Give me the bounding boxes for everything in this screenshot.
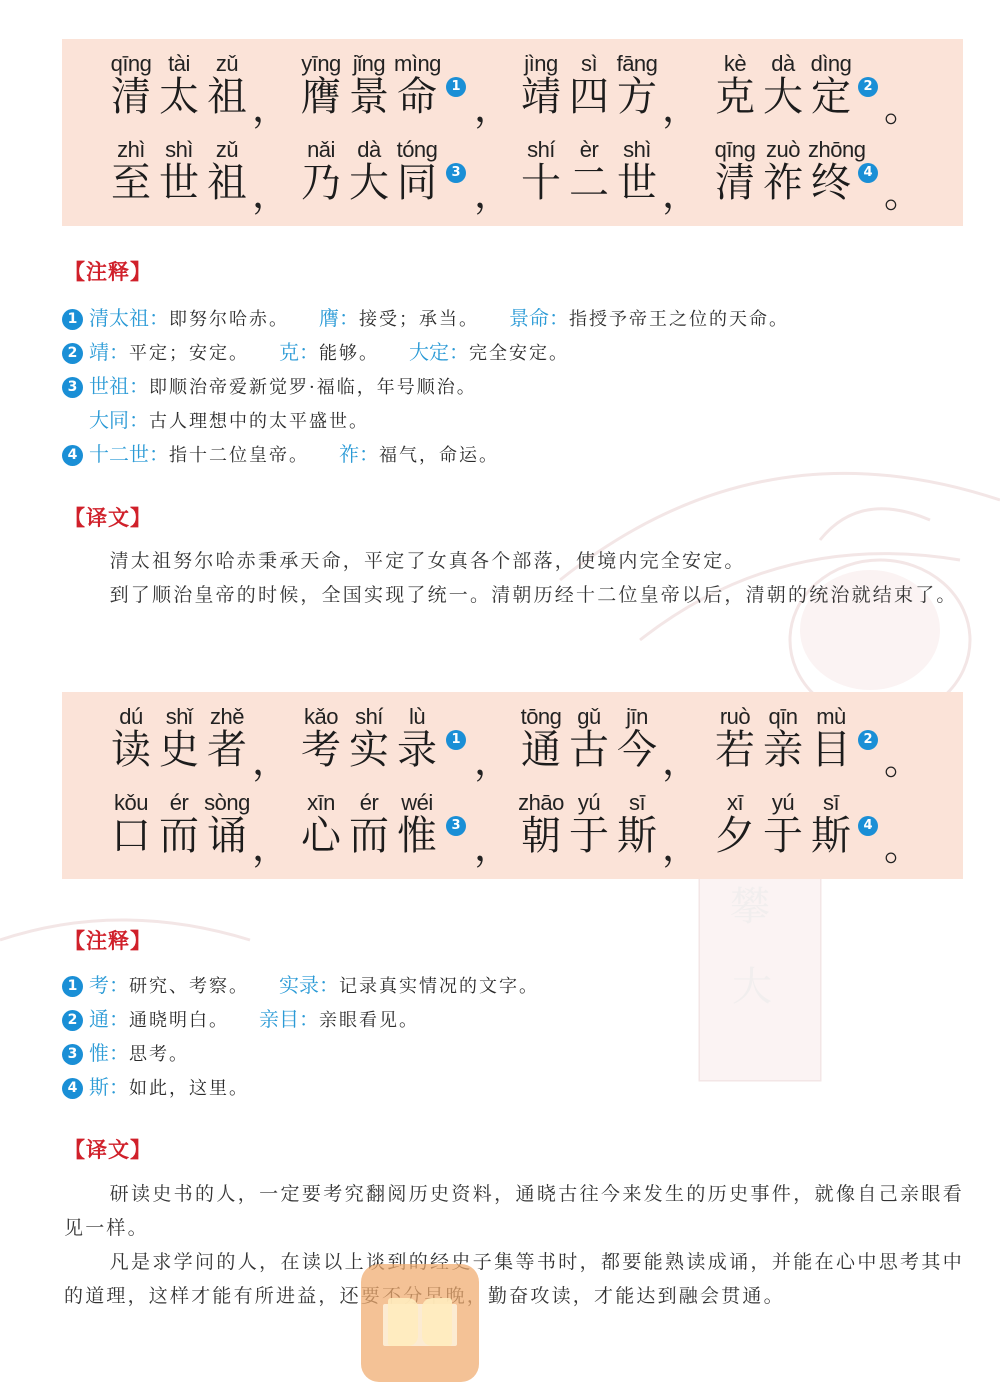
punctuation: ， [474,828,512,866]
verse-line: dú读 shǐ史 zhě者 ， kǎo考 shí实 lù录 1 ， tōng通 … [62,706,963,781]
pinyin: zhě [204,706,250,728]
hanzi: 二 [566,161,612,205]
pinyin: qīng [712,139,758,161]
note-row: 3世祖：即顺治帝爱新觉罗·福临，年号顺治。 [62,369,962,403]
note-badge: 1 [62,976,83,997]
pinyin: lù [394,706,440,728]
note-term: 靖： [89,340,129,364]
pinyin: yú [760,792,806,814]
note-row: 1考：研究、考察。实录：记录真实情况的文字。 [62,968,962,1002]
translation-heading: 【译文】 [64,502,152,532]
note-marker-4[interactable]: 4 [858,163,878,183]
hanzi: 至 [108,161,154,205]
char-cell: shì世 [156,157,202,205]
char-cell: tóng同 [394,157,440,205]
note-term: 膺： [319,306,359,330]
pinyin: qīng [108,53,154,75]
note-term: 惟： [89,1041,129,1065]
pinyin: gǔ [566,706,612,728]
verse-line: kǒu口 ér而 sòng诵 ， xīn心 ér而 wéi惟 3 ， zhāo朝… [62,792,963,867]
char-cell: èr二 [566,157,612,205]
note-definition: 指十二位皇帝。 [169,445,309,466]
hanzi: 口 [108,814,154,858]
punctuation: 。 [884,89,922,127]
char-cell: jīn今 [614,724,660,772]
pinyin: fāng [614,53,660,75]
char-cell: tài太 [156,71,202,119]
note-term: 通： [89,1007,129,1031]
pinyin: shì [156,139,202,161]
note-row: 大同：古人理想中的太平盛世。 [62,403,962,437]
pinyin: kǒu [108,792,154,814]
pinyin: èr [566,139,612,161]
note-row: 1清太祖：即努尔哈赤。膺：接受；承当。景命：指授予帝王之位的天命。 [62,301,962,335]
char-cell: qīn亲 [760,724,806,772]
pinyin: ér [346,792,392,814]
note-term: 大定： [409,340,469,364]
note-definition: 能够。 [319,343,379,364]
hanzi: 亲 [760,728,806,772]
note-badge: 3 [62,377,83,398]
char-cell: shí十 [518,157,564,205]
char-cell: shí实 [346,724,392,772]
hanzi: 同 [394,161,440,205]
verse-box-1: qīng清 tài太 zǔ祖 ， yīng膺 jǐng景 mìng命 1 ， j… [62,39,963,226]
verse-line: qīng清 tài太 zǔ祖 ， yīng膺 jǐng景 mìng命 1 ， j… [62,53,963,128]
note-term: 大同： [89,408,149,432]
pinyin: nǎi [298,139,344,161]
char-cell: dà大 [346,157,392,205]
hanzi: 太 [156,75,202,119]
pinyin: tài [156,53,202,75]
char-cell: kǎo考 [298,724,344,772]
hanzi: 膺 [298,75,344,119]
hanzi: 斯 [808,814,854,858]
hanzi: 乃 [298,161,344,205]
note-row: 2通：通晓明白。亲目：亲眼看见。 [62,1002,962,1036]
note-marker-4[interactable]: 4 [858,816,878,836]
pinyin: shǐ [156,706,202,728]
note-term: 景命： [509,306,569,330]
hanzi: 大 [760,75,806,119]
char-cell: wéi惟 [394,810,440,858]
note-row: 4斯：如此，这里。 [62,1070,962,1104]
char-cell: shì世 [614,157,660,205]
hanzi: 终 [808,161,854,205]
char-cell: jìng靖 [518,71,564,119]
char-cell: dà大 [760,71,806,119]
hanzi: 祖 [204,75,250,119]
translation-paragraph: 到了顺治皇帝的时候，全国实现了统一。清朝历经十二位皇帝以后，清朝的统治就结束了。 [64,578,964,612]
hanzi: 祖 [204,161,250,205]
pinyin: jīn [614,706,660,728]
hanzi: 心 [298,814,344,858]
hanzi: 克 [712,75,758,119]
pinyin: dìng [808,53,854,75]
note-row: 4十二世：指十二位皇帝。祚：福气，命运。 [62,437,962,471]
note-definition: 平定；安定。 [129,343,249,364]
pinyin: xī [712,792,758,814]
hanzi: 于 [566,814,612,858]
char-cell: ér而 [156,810,202,858]
char-cell: yú于 [760,810,806,858]
note-definition: 记录真实情况的文字。 [339,976,539,997]
pinyin: shí [346,706,392,728]
hanzi: 祚 [760,161,806,205]
char-cell: qīng清 [712,157,758,205]
hanzi: 夕 [712,814,758,858]
hanzi: 史 [156,728,202,772]
char-cell: sī斯 [808,810,854,858]
punctuation: 。 [884,828,922,866]
note-term: 祚： [339,442,379,466]
pinyin: sī [808,792,854,814]
note-row: 2靖：平定；安定。克：能够。大定：完全安定。 [62,335,962,369]
note-definition: 指授予帝王之位的天命。 [569,309,789,330]
note-definition: 古人理想中的太平盛世。 [149,411,369,432]
char-cell: xīn心 [298,810,344,858]
hanzi: 四 [566,75,612,119]
hanzi: 惟 [394,814,440,858]
hanzi: 朝 [518,814,564,858]
char-cell: kè克 [712,71,758,119]
hanzi: 读 [108,728,154,772]
hanzi: 景 [346,75,392,119]
punctuation: ， [252,175,290,213]
hanzi: 录 [394,728,440,772]
note-definition: 完全安定。 [469,343,569,364]
hanzi: 考 [298,728,344,772]
punctuation: ， [662,89,700,127]
char-cell: sòng诵 [204,810,250,858]
hanzi: 清 [712,161,758,205]
hanzi: 实 [346,728,392,772]
char-cell: yīng膺 [298,71,344,119]
hanzi: 世 [614,161,660,205]
pinyin: zhōng [808,139,854,161]
note-marker-2[interactable]: 2 [858,730,878,750]
pinyin: jìng [518,53,564,75]
char-cell: kǒu口 [108,810,154,858]
pinyin: zuò [760,139,806,161]
char-cell: yú于 [566,810,612,858]
pinyin: sòng [204,792,250,814]
char-cell: ér而 [346,810,392,858]
translation-paragraph: 清太祖努尔哈赤秉承天命，平定了女真各个部落，使境内完全安定。 [64,544,964,578]
translation-paragraph: 凡是求学问的人，在读以上谈到的经史子集等书时，都要能熟读成诵，并能在心中思考其中… [64,1245,964,1313]
hanzi: 清 [108,75,154,119]
note-badge: 2 [62,343,83,364]
verse-line: zhì至 shì世 zǔ祖 ， nǎi乃 dà大 tóng同 3 ， shí十 … [62,139,963,214]
hanzi: 而 [156,814,202,858]
pinyin: zǔ [204,139,250,161]
pinyin: sì [566,53,612,75]
char-cell: lù录 [394,724,440,772]
pinyin: wéi [394,792,440,814]
translation-text-2: 研读史书的人，一定要考究翻阅历史资料，通晓古往今来发生的历史事件，就像自己亲眼看… [64,1177,964,1313]
note-badge: 4 [62,1078,83,1099]
notes-list-1: 1清太祖：即努尔哈赤。膺：接受；承当。景命：指授予帝王之位的天命。 2靖：平定；… [62,301,962,471]
pinyin: ér [156,792,202,814]
note-definition: 福气，命运。 [379,445,499,466]
punctuation: ， [662,828,700,866]
note-term: 亲目： [259,1007,319,1031]
pinyin: ruò [712,706,758,728]
hanzi: 者 [204,728,250,772]
punctuation: 。 [884,175,922,213]
note-definition: 如此，这里。 [129,1078,249,1099]
note-term: 清太祖： [89,306,169,330]
note-definition: 接受；承当。 [359,309,479,330]
char-cell: zǔ祖 [204,71,250,119]
note-badge: 1 [62,309,83,330]
note-badge: 4 [62,445,83,466]
hanzi: 诵 [204,814,250,858]
punctuation: ， [474,175,512,213]
pinyin: xīn [298,792,344,814]
punctuation: ， [252,89,290,127]
translation-heading: 【译文】 [64,1134,152,1164]
note-term: 十二世： [89,442,169,466]
hanzi: 方 [614,75,660,119]
char-cell: mù目 [808,724,854,772]
note-definition: 通晓明白。 [129,1010,229,1031]
translation-paragraph: 研读史书的人，一定要考究翻阅历史资料，通晓古往今来发生的历史事件，就像自己亲眼看… [64,1177,964,1245]
note-marker-3[interactable]: 3 [446,816,466,836]
note-badge: 2 [62,1010,83,1031]
punctuation: ， [662,742,700,780]
notes-heading: 【注释】 [64,925,152,955]
note-definition: 研究、考察。 [129,976,249,997]
char-cell: dìng定 [808,71,854,119]
hanzi: 目 [808,728,854,772]
punctuation: ， [662,175,700,213]
pinyin: dà [346,139,392,161]
note-term: 实录： [279,973,339,997]
notes-heading: 【注释】 [64,256,152,286]
pinyin: tóng [394,139,440,161]
note-marker-2[interactable]: 2 [858,77,878,97]
punctuation: ， [252,742,290,780]
note-marker-1[interactable]: 1 [446,77,466,97]
char-cell: shǐ史 [156,724,202,772]
char-cell: ruò若 [712,724,758,772]
hanzi: 靖 [518,75,564,119]
note-badge: 3 [62,1044,83,1065]
note-marker-3[interactable]: 3 [446,163,466,183]
pinyin: yú [566,792,612,814]
pinyin: mìng [394,53,440,75]
note-definition: 亲眼看见。 [319,1010,419,1031]
hanzi: 世 [156,161,202,205]
note-term: 克： [279,340,319,364]
note-definition: 思考。 [129,1044,189,1065]
note-marker-1[interactable]: 1 [446,730,466,750]
punctuation: ， [474,89,512,127]
hanzi: 于 [760,814,806,858]
pinyin: shì [614,139,660,161]
char-cell: zhōng终 [808,157,854,205]
pinyin: zhāo [518,792,564,814]
char-cell: zhě者 [204,724,250,772]
note-row: 3惟：思考。 [62,1036,962,1070]
hanzi: 通 [518,728,564,772]
char-cell: fāng方 [614,71,660,119]
hanzi: 而 [346,814,392,858]
svg-text:攀: 攀 [730,884,770,930]
notes-list-2: 1考：研究、考察。实录：记录真实情况的文字。 2通：通晓明白。亲目：亲眼看见。 … [62,968,962,1104]
verse-box-2: dú读 shǐ史 zhě者 ， kǎo考 shí实 lù录 1 ， tōng通 … [62,692,963,879]
pinyin: sī [614,792,660,814]
char-cell: sì四 [566,71,612,119]
pinyin: kǎo [298,706,344,728]
char-cell: zǔ祖 [204,157,250,205]
char-cell: gǔ古 [566,724,612,772]
char-cell: mìng命 [394,71,440,119]
char-cell: nǎi乃 [298,157,344,205]
punctuation: ， [252,828,290,866]
char-cell: zhì至 [108,157,154,205]
note-term: 世祖： [89,374,149,398]
char-cell: zhāo朝 [518,810,564,858]
pinyin: tōng [518,706,564,728]
hanzi: 命 [394,75,440,119]
punctuation: 。 [884,742,922,780]
char-cell: jǐng景 [346,71,392,119]
char-cell: qīng清 [108,71,154,119]
char-cell: tōng通 [518,724,564,772]
char-cell: dú读 [108,724,154,772]
pinyin: yīng [298,53,344,75]
hanzi: 定 [808,75,854,119]
note-definition: 即努尔哈赤。 [169,309,289,330]
hanzi: 十 [518,161,564,205]
hanzi: 古 [566,728,612,772]
pinyin: kè [712,53,758,75]
char-cell: xī夕 [712,810,758,858]
hanzi: 大 [346,161,392,205]
punctuation: ， [474,742,512,780]
open-book-icon[interactable] [361,1264,479,1382]
char-cell: zuò祚 [760,157,806,205]
hanzi: 斯 [614,814,660,858]
pinyin: jǐng [346,53,392,75]
hanzi: 若 [712,728,758,772]
pinyin: dà [760,53,806,75]
pinyin: shí [518,139,564,161]
pinyin: dú [108,706,154,728]
pinyin: qīn [760,706,806,728]
hanzi: 今 [614,728,660,772]
note-term: 考： [89,973,129,997]
pinyin: zǔ [204,53,250,75]
translation-text-1: 清太祖努尔哈赤秉承天命，平定了女真各个部落，使境内完全安定。 到了顺治皇帝的时候… [64,544,964,612]
char-cell: sī斯 [614,810,660,858]
pinyin: zhì [108,139,154,161]
pinyin: mù [808,706,854,728]
note-definition: 即顺治帝爱新觉罗·福临，年号顺治。 [149,377,477,398]
note-term: 斯： [89,1075,129,1099]
